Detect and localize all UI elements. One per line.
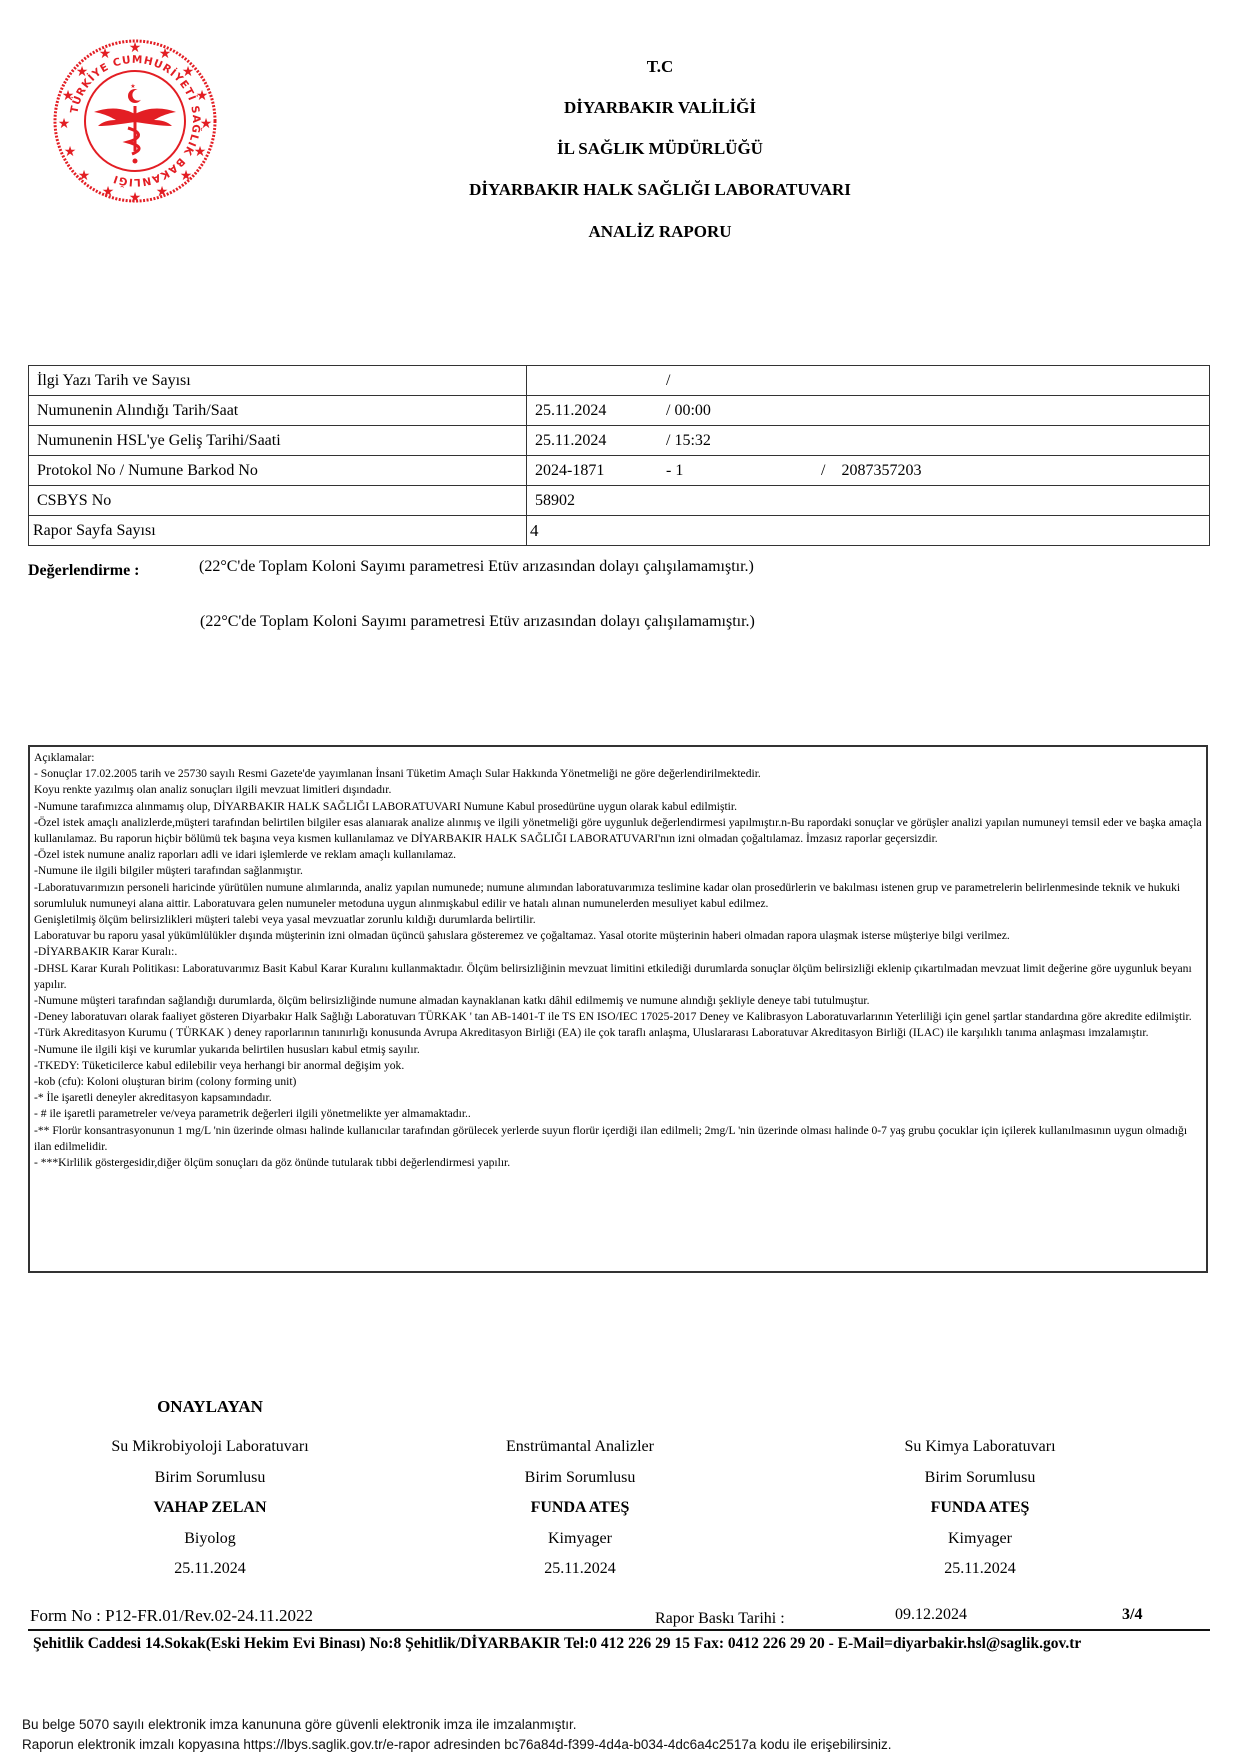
signer-name: FUNDA ATEŞ <box>390 1493 770 1524</box>
row-value: 2024-1871- 1/ 2087357203 <box>527 456 1210 486</box>
signer-title: Kimyager <box>790 1524 1170 1555</box>
header-directorate: İL SAĞLIK MÜDÜRLÜĞÜ <box>110 139 1210 159</box>
row-label: CSBYS No <box>29 486 527 516</box>
note-line: -Özel istek amaçlı analizlerde,müşteri t… <box>34 815 1202 847</box>
signer-role: Birim Sorumlusu <box>20 1463 400 1494</box>
signer-unit: Su Kimya Laboratuvarı <box>790 1432 1170 1463</box>
table-row: İlgi Yazı Tarih ve Sayısı / <box>29 366 1210 396</box>
page-title: ANALİZ RAPORU <box>110 222 1210 242</box>
signer-title: Kimyager <box>390 1524 770 1555</box>
note-line: Genişletilmiş ölçüm belirsizlikleri müşt… <box>34 912 1202 928</box>
notes-title: Açıklamalar: <box>34 750 1202 766</box>
signer-date: 25.11.2024 <box>20 1554 400 1585</box>
signer-block: Su Kimya Laboratuvarı Birim Sorumlusu FU… <box>790 1432 1170 1585</box>
svg-text:★: ★ <box>78 168 91 184</box>
note-line: - ***Kirlilik göstergesidir,diğer ölçüm … <box>34 1155 1202 1171</box>
row-label: Protokol No / Numune Barkod No <box>29 456 527 486</box>
table-row: Rapor Sayfa Sayısı 4 <box>29 516 1210 546</box>
note-line: -kob (cfu): Koloni oluşturan birim (colo… <box>34 1074 1202 1090</box>
row-value: / <box>527 366 1210 396</box>
signer-date: 25.11.2024 <box>390 1554 770 1585</box>
signer-name: FUNDA ATEŞ <box>790 1493 1170 1524</box>
signer-block: Enstrümantal Analizler Birim Sorumlusu F… <box>390 1432 770 1585</box>
note-line: -DHSL Karar Kuralı Politikası: Laboratuv… <box>34 961 1202 993</box>
note-line: Koyu renkte yazılmış olan analiz sonuçla… <box>34 782 1202 798</box>
signer-unit: Enstrümantal Analizler <box>390 1432 770 1463</box>
note-line: - Sonuçlar 17.02.2005 tarih ve 25730 say… <box>34 766 1202 782</box>
note-line: -** Florür konsantrasyonunun 1 mg/L 'nin… <box>34 1123 1202 1155</box>
note-line: -Laboratuvarımızın personeli haricinde y… <box>34 880 1202 912</box>
print-date: 09.12.2024 <box>895 1606 967 1624</box>
row-label: Numunenin Alındığı Tarih/Saat <box>29 396 527 426</box>
print-date-label: Rapor Baskı Tarihi : <box>655 1610 785 1628</box>
row-value: 25.11.2024/ 00:00 <box>527 396 1210 426</box>
evaluation-text: (22°C'de Toplam Koloni Sayımı parametres… <box>199 558 754 576</box>
note-line: -Türk Akreditasyon Kurumu ( TÜRKAK ) den… <box>34 1025 1202 1041</box>
signer-role: Birim Sorumlusu <box>390 1463 770 1494</box>
lab-address: Şehitlik Caddesi 14.Sokak(Eski Hekim Evi… <box>33 1633 1213 1655</box>
svg-text:★: ★ <box>130 83 135 90</box>
table-row: Numunenin Alındığı Tarih/Saat 25.11.2024… <box>29 396 1210 426</box>
header-governorship: DİYARBAKIR VALİLİĞİ <box>110 98 1210 118</box>
note-line: - # ile işaretli parametreler ve/veya pa… <box>34 1106 1202 1122</box>
svg-text:★: ★ <box>129 40 142 56</box>
row-label: Rapor Sayfa Sayısı <box>29 516 527 546</box>
evaluation-text: (22°C'de Toplam Koloni Sayımı parametres… <box>200 613 755 631</box>
row-value: 58902 <box>527 486 1210 516</box>
signer-date: 25.11.2024 <box>790 1554 1170 1585</box>
footer-divider <box>28 1629 1210 1631</box>
header-country: T.C <box>110 57 1210 77</box>
note-line: -Özel istek numune analiz raporları adli… <box>34 847 1202 863</box>
note-line: -* İle işaretli deneyler akreditasyon ka… <box>34 1090 1202 1106</box>
approval-title: ONAYLAYAN <box>20 1397 400 1417</box>
note-line: -Deney laboratuvarı olarak faaliyet göst… <box>34 1009 1202 1025</box>
e-signature-statement: Bu belge 5070 sayılı elektronik imza kan… <box>22 1715 892 1735</box>
e-signature-verification-link[interactable]: Raporun elektronik imzalı kopyasına http… <box>22 1735 892 1755</box>
signer-title: Biyolog <box>20 1524 400 1555</box>
note-line: -Numune ile ilgili bilgiler müşteri tara… <box>34 863 1202 879</box>
svg-text:★: ★ <box>64 144 77 160</box>
header-laboratory: DİYARBAKIR HALK SAĞLIĞI LABORATUVARI <box>110 180 1210 200</box>
note-line: -Numune ile ilgili kişi ve kurumlar yuka… <box>34 1042 1202 1058</box>
note-line: Laboratuvar bu raporu yasal yükümlülükle… <box>34 928 1202 944</box>
table-row: CSBYS No 58902 <box>29 486 1210 516</box>
row-label: İlgi Yazı Tarih ve Sayısı <box>29 366 527 396</box>
notes-box: Açıklamalar: - Sonuçlar 17.02.2005 tarih… <box>28 745 1208 1273</box>
sample-info-table: İlgi Yazı Tarih ve Sayısı / Numunenin Al… <box>28 365 1210 546</box>
signer-name: VAHAP ZELAN <box>20 1493 400 1524</box>
note-line: -Numune tarafımızca alınmamış olup, DİYA… <box>34 799 1202 815</box>
page-number: 3/4 <box>1122 1606 1142 1624</box>
row-label: Numunenin HSL'ye Geliş Tarihi/Saati <box>29 426 527 456</box>
note-line: -TKEDY: Tüketicilerce kabul edilebilir v… <box>34 1058 1202 1074</box>
svg-text:★: ★ <box>58 116 71 132</box>
row-value: 25.11.2024/ 15:32 <box>527 426 1210 456</box>
e-signature-notice: Bu belge 5070 sayılı elektronik imza kan… <box>22 1715 892 1755</box>
table-row: Protokol No / Numune Barkod No 2024-1871… <box>29 456 1210 486</box>
note-line: -Numune müşteri tarafından sağlandığı du… <box>34 993 1202 1009</box>
table-row: Numunenin HSL'ye Geliş Tarihi/Saati 25.1… <box>29 426 1210 456</box>
signer-block: Su Mikrobiyoloji Laboratuvarı Birim Soru… <box>20 1432 400 1585</box>
note-line: -DİYARBAKIR Karar Kuralı:. <box>34 944 1202 960</box>
row-value: 4 <box>527 516 1210 546</box>
signer-role: Birim Sorumlusu <box>790 1463 1170 1494</box>
signer-unit: Su Mikrobiyoloji Laboratuvarı <box>20 1432 400 1463</box>
evaluation-label: Değerlendirme : <box>28 562 140 580</box>
form-number: Form No : P12-FR.01/Rev.02-24.11.2022 <box>30 1606 313 1626</box>
